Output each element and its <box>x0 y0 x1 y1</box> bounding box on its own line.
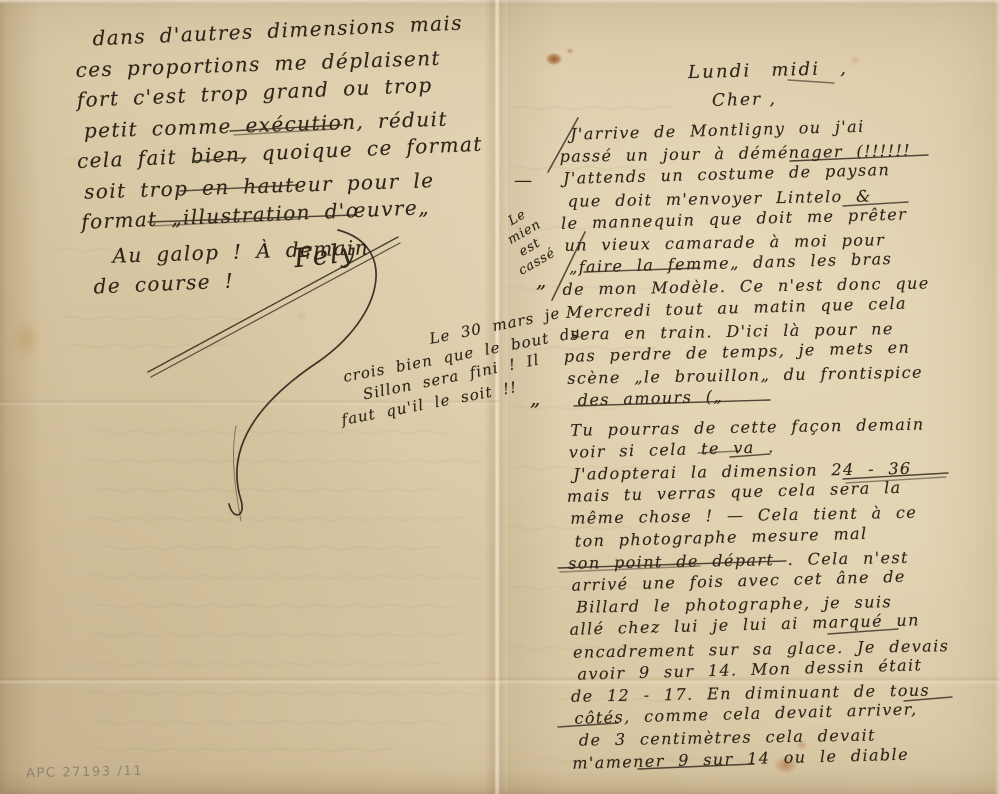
margin-quote-mark: „ <box>530 386 540 410</box>
dateline: Lundi midi , <box>688 58 849 83</box>
stain <box>296 312 306 320</box>
margin-dash: — <box>514 170 532 191</box>
right-page-text: J'arrive de Montligny ou j'aipassé un jo… <box>556 115 999 775</box>
stain <box>849 56 861 65</box>
stain <box>566 48 574 54</box>
stain <box>12 320 40 358</box>
salutation: Cher , <box>712 89 777 111</box>
archive-mark: APC 27193 /11 <box>26 764 143 781</box>
letter-scan: dans d'autres dimensions maisces proport… <box>0 0 999 794</box>
